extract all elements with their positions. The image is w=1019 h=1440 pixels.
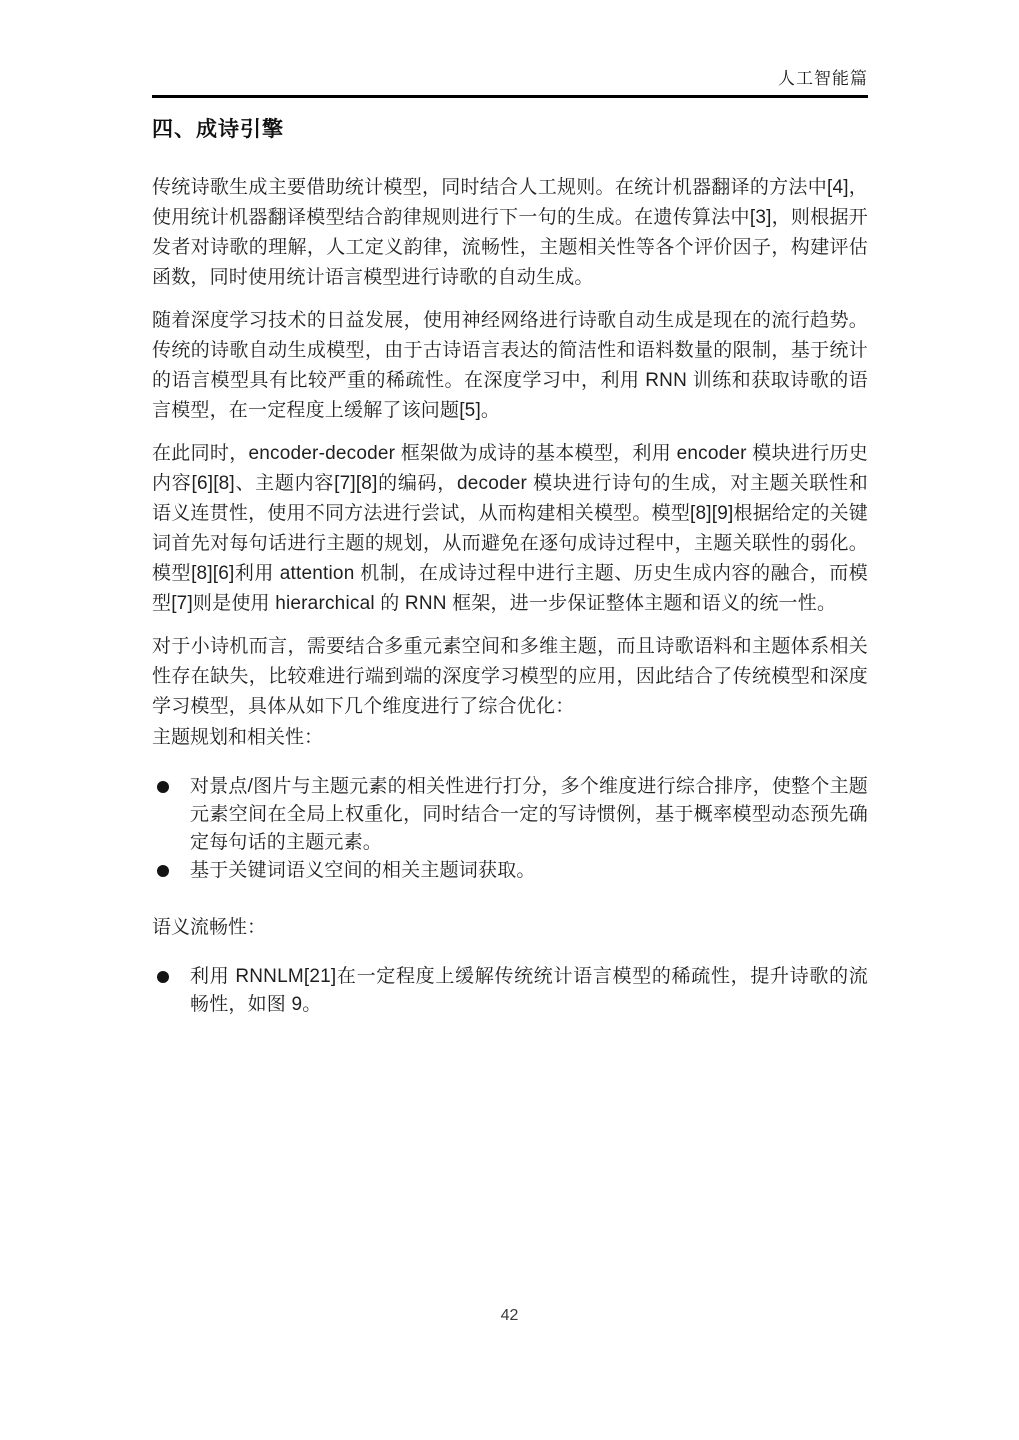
bullet-icon	[152, 773, 190, 793]
bullet-text: 对景点/图片与主题元素的相关性进行打分，多个维度进行综合排序，使整个主题元素空间…	[190, 773, 868, 857]
section-heading: 四、成诗引擎	[152, 116, 868, 144]
section-label-topic-planning: 主题规划和相关性：	[152, 723, 868, 753]
semantic-fluency-bullet-list: 利用 RNNLM[21]在一定程度上缓解传统统计语言模型的稀疏性，提升诗歌的流畅…	[152, 963, 868, 1019]
paragraph-3: 在此同时，encoder-decoder 框架做为成诗的基本模型，利用 enco…	[152, 439, 868, 619]
bullet-text: 基于关键词语义空间的相关主题词获取。	[190, 857, 868, 885]
bullet-icon	[152, 857, 190, 877]
list-item: 利用 RNNLM[21]在一定程度上缓解传统统计语言模型的稀疏性，提升诗歌的流畅…	[152, 963, 868, 1019]
page-number: 42	[0, 1307, 1019, 1325]
document-page: 人工智能篇 四、成诗引擎 传统诗歌生成主要借助统计模型，同时结合人工规则。在统计…	[0, 0, 1019, 1440]
section-label-semantic-fluency: 语义流畅性：	[152, 913, 868, 943]
paragraph-2: 随着深度学习技术的日益发展，使用神经网络进行诗歌自动生成是现在的流行趋势。传统的…	[152, 306, 868, 426]
paragraph-1: 传统诗歌生成主要借助统计模型，同时结合人工规则。在统计机器翻译的方法中[4]，使…	[152, 173, 868, 293]
bullet-icon	[152, 963, 190, 983]
paragraph-4: 对于小诗机而言，需要结合多重元素空间和多维主题，而且诗歌语料和主题体系相关性存在…	[152, 632, 868, 722]
topic-planning-bullet-list: 对景点/图片与主题元素的相关性进行打分，多个维度进行综合排序，使整个主题元素空间…	[152, 773, 868, 885]
list-item: 对景点/图片与主题元素的相关性进行打分，多个维度进行综合排序，使整个主题元素空间…	[152, 773, 868, 857]
document-content: 四、成诗引擎 传统诗歌生成主要借助统计模型，同时结合人工规则。在统计机器翻译的方…	[152, 0, 868, 1019]
bullet-text: 利用 RNNLM[21]在一定程度上缓解传统统计语言模型的稀疏性，提升诗歌的流畅…	[190, 963, 868, 1019]
list-item: 基于关键词语义空间的相关主题词获取。	[152, 857, 868, 885]
